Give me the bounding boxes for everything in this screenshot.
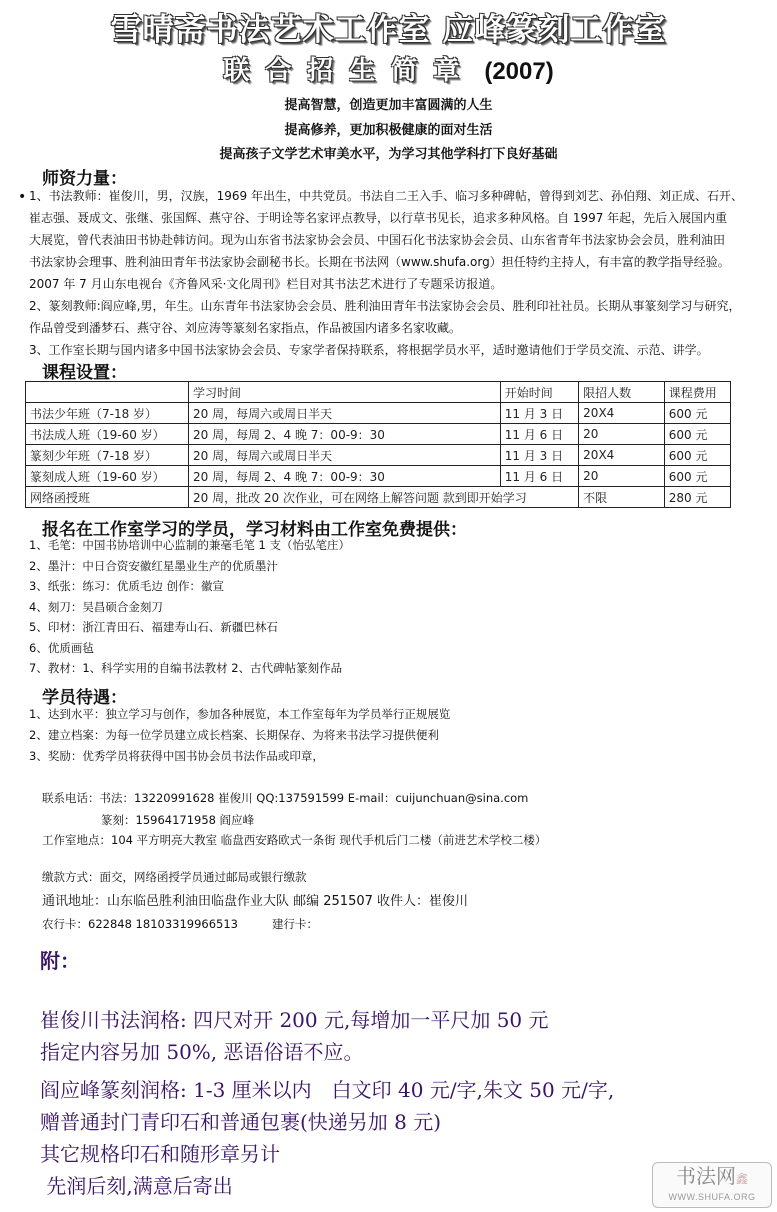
course-name: 书法成人班（19-60 岁） [26,424,189,445]
materials-list: 1、毛笔：中国书协培训中心监制的兼毫毛笔 1 支（怡弘笔庄） 2、墨汁：中日合资… [29,535,350,679]
document-title: 雪晴斋书法艺术工作室 应峰篆刻工作室 [0,4,777,49]
watermark-url: WWW.SHUFA.ORG [653,1192,771,1202]
list-item: 5、印材：浙江青田石、福建寿山石、新疆巴林石 [29,617,350,638]
table-header-row: 学习时间 开始时间 限招人数 课程费用 [26,382,731,403]
table-row: 书法成人班（19-60 岁） 20 周，每周 2、4 晚 7：00-9：30 1… [26,424,731,445]
list-item: 6、优质画毡 [29,638,350,659]
table-row: 书法少年班（7-18 岁） 20 周，每周六或周日半天 11 月 3 日 20X… [26,403,731,424]
table-row: 篆刻少年班（7-18 岁） 20 周，每周六或周日半天 11 月 3 日 20X… [26,445,731,466]
faculty-text: 1、书法教师：崔俊川，男，汉族，1969 年出生，中共党员。书法自二王入手、临习… [29,185,777,361]
fee-line: 指定内容另加 50%, 恶语俗语不应。 [40,1036,549,1068]
bank-ccb: 建行卡： [272,913,318,935]
faculty-line: 2、篆刻教师:阎应峰,男，年生。山东青年书法家协会会员、胜利油田青年书法家协会会… [29,295,777,317]
header-cell: 限招人数 [579,382,665,403]
fee-line: 赠普通封门青印石和普通包裹(快递另加 8 元) [40,1106,614,1138]
subtitle-year: (2007) [484,58,553,85]
course-quota: 20 [579,424,665,445]
fee-line: 先润后刻,满意后寄出 [40,1170,614,1202]
watermark-logo: 书法网鑫 [653,1163,771,1192]
faculty-line: 崔志强、聂成文、张继、张国辉、燕守谷、于明诠等名家评点教导，以行草书见长，追求多… [29,207,777,229]
watermark-logo-text: 书法网 [676,1164,736,1188]
course-quota: 20X4 [579,403,665,424]
courses-heading: 课程设置： [42,358,127,383]
course-name: 篆刻成人班（19-60 岁） [26,466,189,487]
course-start: 11 月 3 日 [500,403,578,424]
list-item: 2、墨汁：中日合资安徽红星墨业生产的优质墨汁 [29,556,350,577]
fee-line: 其它规格印石和随形章另计 [40,1138,614,1170]
course-quota: 不限 [579,487,665,508]
shufa-watermark: 书法网鑫 WWW.SHUFA.ORG [652,1162,772,1208]
course-name: 书法少年班（7-18 岁） [26,403,189,424]
course-schedule: 20 周，批改 20 次作业，可在网络上解答问题 款到即开始学习 [189,487,579,508]
list-item: 3、纸张：练习：优质毛边 创作：徽宣 [29,576,350,597]
course-fee: 600 元 [664,403,730,424]
courses-table: 学习时间 开始时间 限招人数 课程费用 书法少年班（7-18 岁） 20 周，每… [25,381,731,508]
faculty-line: 书法家协会理事、胜利油田青年书法家协会副秘书长。长期在书法网（www.shufa… [29,251,777,273]
list-item: 7、教材：1、科学实用的自编书法教材 2、古代碑帖篆刻作品 [29,658,350,679]
course-fee: 600 元 [664,445,730,466]
header-cell: 开始时间 [500,382,578,403]
course-start: 11 月 6 日 [500,466,578,487]
course-fee: 600 元 [664,466,730,487]
header-cell [26,382,189,403]
slogan-3: 提高孩子文学艺术审美水平，为学习其他学科打下良好基础 [0,143,777,162]
seal-icon: 鑫 [736,1172,748,1186]
course-schedule: 20 周，每周 2、4 晚 7：00-9：30 [189,424,501,445]
slogan-2: 提高修养，更加积极健康的面对生活 [0,119,777,138]
header-cell: 学习时间 [189,382,501,403]
table-row: 网络函授班 20 周，批改 20 次作业，可在网络上解答问题 款到即开始学习 不… [26,487,731,508]
header-cell: 课程费用 [664,382,730,403]
course-schedule: 20 周，每周六或周日半天 [189,445,501,466]
course-quota: 20X4 [579,445,665,466]
faculty-line: 大展览，曾代表油田书协赴韩访问。现为山东省书法家协会会员、中国石化书法家协会会员… [29,229,777,251]
course-quota: 20 [579,466,665,487]
fee-line: 崔俊川书法润格: 四尺对开 200 元,每增加一平尺加 50 元 [40,1004,549,1036]
seal-fee: 阎应峰篆刻润格: 1-3 厘米以内 白文印 40 元/字,朱文 50 元/字, … [40,1074,614,1202]
studio-address: 工作室地点：104 平方明亮大教室 临盘西安路欧式一条街 现代手机后门二楼（前进… [42,829,546,851]
list-item: 2、建立档案：为每一位学员建立成长档案、长期保存、为将来书法学习提供便利 [29,725,450,746]
course-name: 篆刻少年班（7-18 岁） [26,445,189,466]
list-item: 3、奖励：优秀学员将获得中国书协会员书法作品或印章， [29,746,450,767]
course-start: 11 月 3 日 [500,445,578,466]
course-schedule: 20 周，每周 2、4 晚 7：00-9：30 [189,466,501,487]
faculty-line: 1、书法教师：崔俊川，男，汉族，1969 年出生，中共党员。书法自二王入手、临习… [29,185,777,207]
slogan-1: 提高智慧，创造更加丰富圆满的人生 [0,94,777,113]
course-schedule: 20 周，每周六或周日半天 [189,403,501,424]
document-subtitle: 联合招生简章 (2007) [0,50,777,87]
course-fee: 600 元 [664,424,730,445]
subtitle-text: 联合招生简章 [223,56,475,86]
list-item: 4、刻刀：吴昌硕合金刻刀 [29,597,350,618]
fee-line: 阎应峰篆刻润格: 1-3 厘米以内 白文印 40 元/字,朱文 50 元/字, [40,1074,614,1106]
contact-phone-2: 篆刻：15964171958 阎应峰 [101,809,254,831]
faculty-line: 作品曾受到潘梦石、燕守谷、刘应涛等篆刻名家指点，作品被国内诸多名家收藏。 [29,317,777,339]
contact-phone-1: 联系电话：书法：13220991628 崔俊川 QQ:137591599 E-m… [42,787,528,809]
appendix-heading: 附： [40,945,80,974]
list-item: 1、毛笔：中国书协培训中心监制的兼毫毛笔 1 支（怡弘笔庄） [29,535,350,556]
faculty-line: 3、工作室长期与国内诸多中国书法家协会会员、专家学者保持联系，将根据学员水平，适… [29,339,777,361]
calligraphy-fee: 崔俊川书法润格: 四尺对开 200 元,每增加一平尺加 50 元 指定内容另加 … [40,1004,549,1068]
payment-method: 缴款方式：面交，网络函授学员通过邮局或银行缴款 [42,866,307,888]
faculty-line: 2007 年 7 月山东电视台《齐鲁风采·文化周刊》栏目对其书法艺术进行了专题采… [29,273,777,295]
list-item: 1、达到水平：独立学习与创作，参加各种展览，本工作室每年为学员举行正规展览 [29,704,450,725]
bank-abc: 农行卡：622848 18103319966513 [42,913,238,935]
course-fee: 280 元 [664,487,730,508]
bullet-icon: • [18,189,26,205]
benefits-list: 1、达到水平：独立学习与创作，参加各种展览，本工作室每年为学员举行正规展览 2、… [29,704,450,767]
course-start: 11 月 6 日 [500,424,578,445]
table-row: 篆刻成人班（19-60 岁） 20 周，每周 2、4 晚 7：00-9：30 1… [26,466,731,487]
course-name: 网络函授班 [26,487,189,508]
mail-address: 通讯地址：山东临邑胜利油田临盘作业大队 邮编 251507 收件人：崔俊川 [42,891,468,913]
